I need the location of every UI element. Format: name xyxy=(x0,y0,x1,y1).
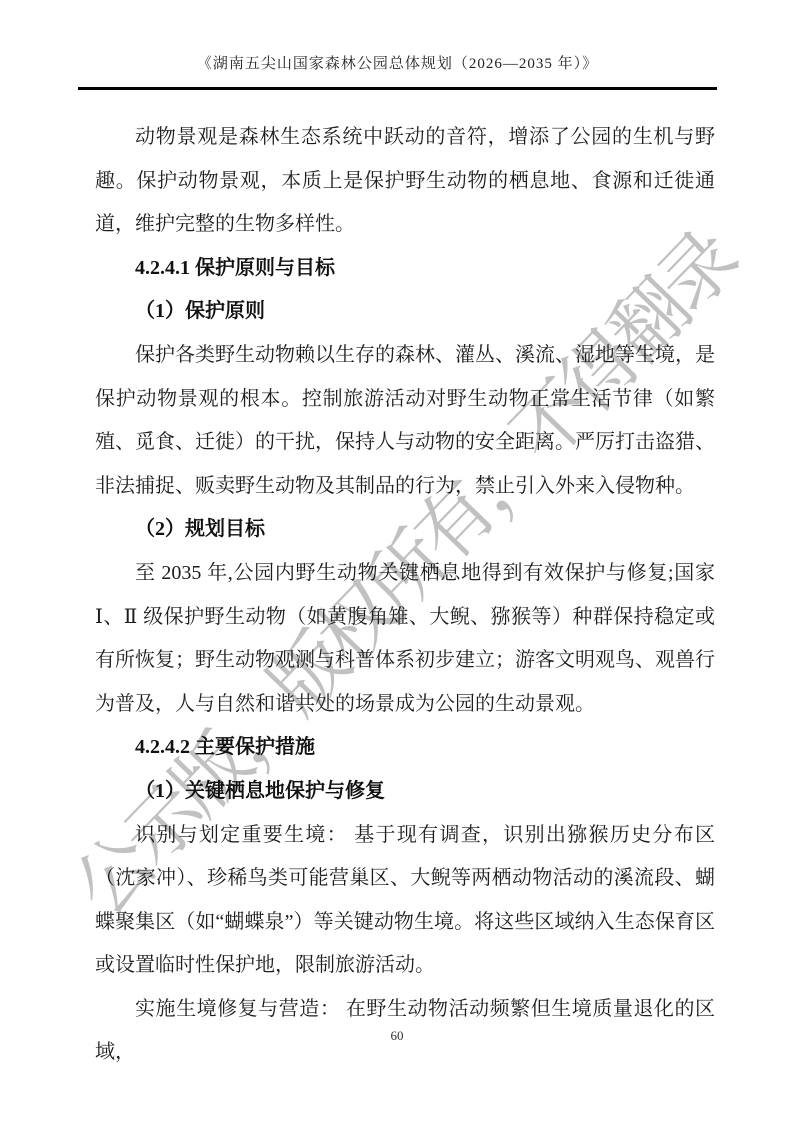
paragraph: 识别与划定重要生境： 基于现有调查，识别出猕猴历史分布区（沈家冲）、珍稀鸟类可能… xyxy=(95,814,715,988)
section-heading: 4.2.4.2 主要保护措施 xyxy=(95,726,715,770)
page-number: 60 xyxy=(0,1028,794,1044)
paragraph: 至 2035 年,公园内野生动物关键栖息地得到有效保护与修复;国家Ⅰ、Ⅱ 级保护… xyxy=(95,552,715,726)
section-heading: （1）关键栖息地保护与修复 xyxy=(95,770,715,814)
document-body: 动物景观是森林生态系统中跃动的音符，增添了公园的生机与野趣。保护动物景观，本质上… xyxy=(95,116,715,1075)
document-header: 《湖南五尖山国家森林公园总体规划（2026—2035 年）》 xyxy=(78,52,717,90)
paragraph: 保护各类野生动物赖以生存的森林、灌丛、溪流、湿地等生境，是保护动物景观的根本。控… xyxy=(95,334,715,508)
paragraph: 动物景观是森林生态系统中跃动的音符，增添了公园的生机与野趣。保护动物景观，本质上… xyxy=(95,116,715,247)
section-heading: （1）保护原则 xyxy=(95,290,715,334)
section-heading: （2）规划目标 xyxy=(95,508,715,552)
header-title: 《湖南五尖山国家森林公园总体规划（2026—2035 年）》 xyxy=(197,56,598,72)
section-heading: 4.2.4.1 保护原则与目标 xyxy=(95,247,715,291)
document-page: 《湖南五尖山国家森林公园总体规划（2026—2035 年）》 公示版，版权所有，… xyxy=(0,0,794,1122)
